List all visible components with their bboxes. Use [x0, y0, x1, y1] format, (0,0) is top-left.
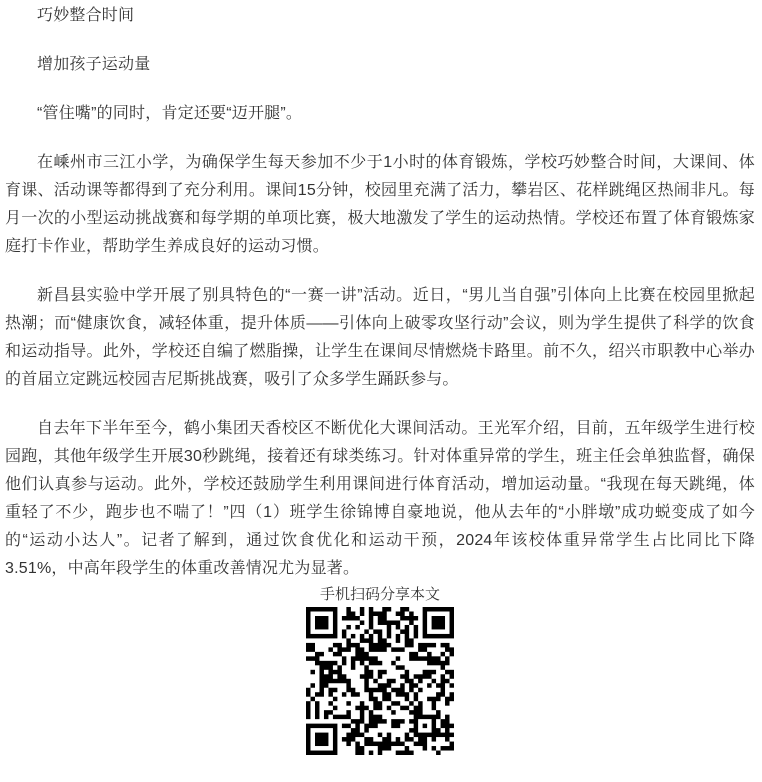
article-paragraph: 在嵊州市三江小学，为确保学生每天参加不少于1小时的体育锻炼，学校巧妙整合时间，大…: [5, 149, 755, 261]
article-body: 巧妙整合时间 增加孩子运动量 “管住嘴”的同时，肯定还要“迈开腿”。 在嵊州市三…: [0, 0, 762, 780]
share-section: 手机扫码分享本文: [5, 583, 755, 755]
article-paragraph: 自去年下半年至今，鹤小集团天香校区不断优化大课间活动。王光军介绍，目前，五年级学…: [5, 415, 755, 583]
qr-code: [306, 607, 454, 755]
article-subhead: 增加孩子运动量: [5, 51, 755, 79]
article-paragraph: “管住嘴”的同时，肯定还要“迈开腿”。: [5, 100, 755, 128]
article-subhead: 巧妙整合时间: [5, 2, 755, 30]
article-paragraph: 新昌县实验中学开展了别具特色的“一赛一讲”活动。近日，“男儿当自强”引体向上比赛…: [5, 282, 755, 394]
share-caption: 手机扫码分享本文: [5, 583, 755, 607]
